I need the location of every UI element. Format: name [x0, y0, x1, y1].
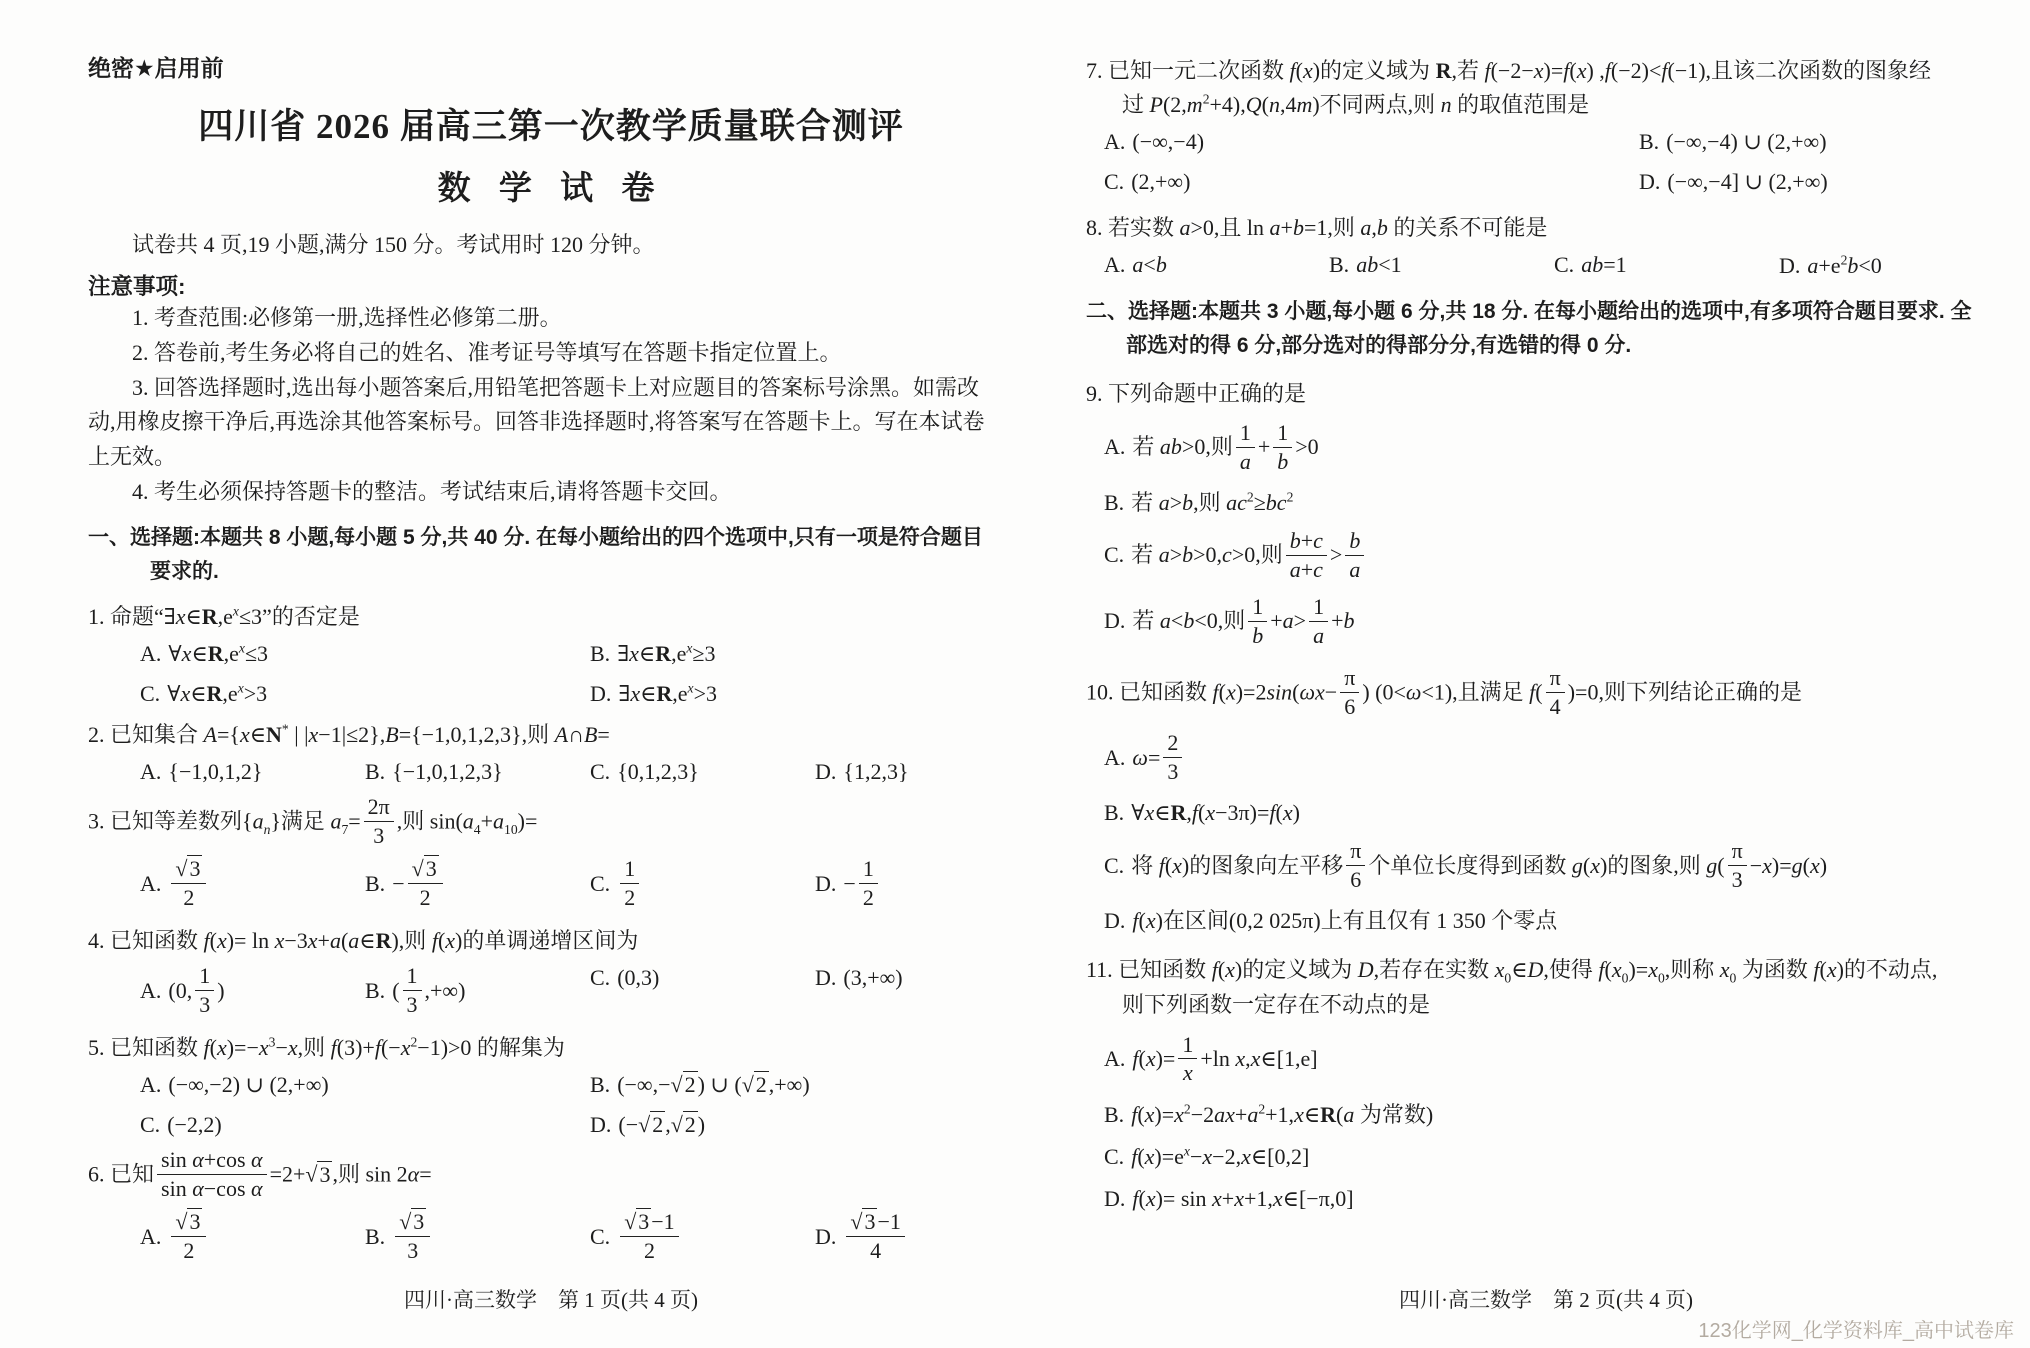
option-label: C.	[1104, 542, 1124, 567]
option-label: C.	[590, 871, 610, 896]
option-text: (−∞,−√2) ∪ (√2,+∞)	[617, 1071, 810, 1097]
option-a: A.(−∞,−2) ∪ (2,+∞)	[140, 1072, 590, 1098]
option-text: (0,13)	[168, 978, 224, 1003]
option-d: D.f(x)在区间(0,2 025π)上有且仅有 1 350 个零点	[1086, 906, 2006, 937]
option-label: C.	[140, 681, 160, 706]
option-text: (−√2,√2)	[618, 1111, 705, 1137]
option-text: (2,+∞)	[1131, 169, 1190, 194]
question-8: 8. 若实数 a>0,且 ln a+b=1,则 a,b 的关系不可能是 A.a<…	[1086, 211, 2006, 278]
secrecy-label: 绝密★启用前	[88, 50, 1014, 83]
option-label: B.	[1104, 800, 1124, 825]
option-label: C.	[1104, 853, 1124, 878]
option-b: B.f(x)=x2−2ax+a2+1,x∈R(a 为常数)	[1086, 1099, 2006, 1130]
option-text: {0,1,2,3}	[617, 759, 699, 784]
option-d: D.f(x)= sin x+x+1,x∈[−π,0]	[1086, 1184, 2006, 1215]
option-text: f(x)在区间(0,2 025π)上有且仅有 1 350 个零点	[1132, 908, 1557, 933]
option-b: B.(−∞,−√2) ∪ (√2,+∞)	[590, 1072, 1014, 1098]
option-label: B.	[365, 1224, 385, 1249]
option-label: C.	[590, 759, 610, 784]
page-2-column: 7. 已知一元二次函数 f(x)的定义域为 R,若 f(−2−x)=f(x) ,…	[1086, 50, 2006, 1214]
option-c: C.√3−12	[590, 1211, 815, 1266]
option-label: A.	[140, 641, 161, 666]
option-label: B.	[365, 978, 385, 1003]
option-a: A.a<b	[1104, 252, 1329, 278]
note-item-3-line-3: 上无效。	[88, 440, 1014, 475]
option-label: B.	[365, 871, 385, 896]
option-c: C.∀x∈R,ex>3	[140, 681, 590, 707]
option-text: ∃x∈R,ex>3	[618, 681, 717, 706]
option-a: A.(−∞,−4)	[1104, 129, 1639, 155]
option-a: A.f(x)=1x+ln x,x∈[1,e]	[1086, 1034, 2006, 1089]
option-text: (−∞,−4] ∪ (2,+∞)	[1667, 169, 1827, 194]
option-label: D.	[815, 871, 836, 896]
option-label: C.	[140, 1112, 160, 1137]
option-text: ab<1	[1356, 252, 1401, 277]
option-a: A.(0,13)	[140, 965, 365, 1020]
question-stem-line-1: 7. 已知一元二次函数 f(x)的定义域为 R,若 f(−2−x)=f(x) ,…	[1086, 54, 2006, 88]
question-7: 7. 已知一元二次函数 f(x)的定义域为 R,若 f(−2−x)=f(x) ,…	[1086, 54, 2006, 195]
option-c: C.12	[590, 858, 815, 913]
option-c: C.{0,1,2,3}	[590, 759, 815, 785]
option-a: A.若 ab>0,则1a+1b>0	[1086, 422, 2006, 477]
option-b: B.(−∞,−4) ∪ (2,+∞)	[1639, 129, 2006, 155]
section-1-heading-line-2: 要求的.	[88, 555, 1014, 589]
question-stem: 3. 已知等差数列{an}满足 a7=2π3,则 sin(a4+a10)=	[88, 796, 1014, 851]
question-stem: 9. 下列命题中正确的是	[1086, 377, 2006, 411]
option-b: B.∃x∈R,ex≥3	[590, 641, 1014, 667]
option-label: A.	[140, 1224, 161, 1249]
option-a: A.ω=23	[1086, 732, 2006, 787]
option-text: ab=1	[1581, 252, 1626, 277]
option-d: D.(−√2,√2)	[590, 1112, 1014, 1138]
option-label: B.	[1104, 490, 1124, 515]
option-label: A.	[140, 871, 161, 896]
option-d: D.(3,+∞)	[815, 965, 1040, 1020]
option-label: D.	[1104, 908, 1125, 933]
option-d: D.√3−14	[815, 1211, 1040, 1266]
options: A.(−∞,−4) B.(−∞,−4) ∪ (2,+∞) C.(2,+∞) D.…	[1086, 129, 2006, 195]
option-text: (−∞,−2) ∪ (2,+∞)	[168, 1072, 328, 1097]
option-c: C.f(x)=ex−x−2,x∈[0,2]	[1086, 1142, 2006, 1173]
option-b: B.(13,+∞)	[365, 965, 590, 1020]
exam-info-line: 试卷共 4 页,19 小题,满分 150 分。考试用时 120 分钟。	[88, 228, 1014, 259]
option-text: (13,+∞)	[392, 978, 465, 1003]
option-text: −12	[843, 871, 880, 896]
question-2: 2. 已知集合 A={x∈N* | |x−1|≤2},B={−1,0,1,2,3…	[88, 718, 1014, 785]
option-a: A.∀x∈R,ex≤3	[140, 641, 590, 667]
option-text: √3−12	[617, 1224, 682, 1249]
option-text: {−1,0,1,2}	[168, 759, 262, 784]
option-text: 将 f(x)的图象向左平移π6个单位长度得到函数 g(x)的图象,则 g(π3−…	[1131, 853, 1827, 878]
option-label: B.	[1329, 252, 1349, 277]
option-label: D.	[590, 681, 611, 706]
question-10: 10. 已知函数 f(x)=2sin(ωx−π6) (0<ω<1),且满足 f(…	[1086, 667, 2006, 937]
option-text: a<b	[1132, 252, 1166, 277]
options: A.(0,13) B.(13,+∞) C.(0,3) D.(3,+∞)	[88, 965, 1014, 1020]
option-label: A.	[1104, 252, 1125, 277]
option-label: A.	[140, 1072, 161, 1097]
option-d: D.{1,2,3}	[815, 759, 1040, 785]
option-label: C.	[590, 1224, 610, 1249]
option-b: B.√33	[365, 1211, 590, 1266]
option-text: (0,3)	[617, 965, 659, 990]
option-a: A.√32	[140, 1211, 365, 1266]
question-1: 1. 命题“∃x∈R,ex≤3”的否定是 A.∀x∈R,ex≤3 B.∃x∈R,…	[88, 600, 1014, 708]
option-text: 若 a>b,则 ac2≥bc2	[1131, 490, 1293, 515]
note-item-1: 1. 考查范围:必修第一册,选择性必修第二册。	[88, 301, 1014, 336]
option-a: A.√32	[140, 858, 365, 913]
question-6: 6. 已知sin α+cos αsin α−cos α=2+√3,则 sin 2…	[88, 1149, 1014, 1266]
question-stem: 5. 已知函数 f(x)=−x3−x,则 f(3)+f(−x2−1)>0 的解集…	[88, 1031, 1014, 1065]
option-d: D.−12	[815, 858, 1040, 913]
option-text: 12	[617, 871, 642, 896]
option-text: √32	[168, 871, 209, 896]
option-text: ∀x∈R,ex≤3	[168, 641, 268, 666]
option-label: C.	[1104, 1144, 1124, 1169]
exam-paper-page: 绝密★启用前 四川省 2026 届高三第一次教学质量联合测评 数 学 试 卷 试…	[0, 0, 2030, 1348]
option-label: A.	[140, 978, 161, 1003]
question-9: 9. 下列命题中正确的是 A.若 ab>0,则1a+1b>0 B.若 a>b,则…	[1086, 377, 2006, 651]
option-label: C.	[590, 965, 610, 990]
exam-title: 四川省 2026 届高三第一次教学质量联合测评	[88, 99, 1014, 149]
note-item-2: 2. 答卷前,考生务必将自己的姓名、准考证号等填写在答题卡指定位置上。	[88, 336, 1014, 371]
question-3: 3. 已知等差数列{an}满足 a7=2π3,则 sin(a4+a10)= A.…	[88, 796, 1014, 913]
option-text: ∀x∈R,ex>3	[167, 681, 267, 706]
option-label: D.	[590, 1112, 611, 1137]
option-d: D.a+e2b<0	[1779, 252, 2004, 278]
section-2-heading-line-1: 二、选择题:本题共 3 小题,每小题 6 分,共 18 分. 在每小题给出的选项…	[1086, 295, 2006, 329]
option-text: 若 a<b<0,则1b+a>1a+b	[1132, 608, 1354, 633]
exam-subtitle: 数 学 试 卷	[88, 162, 1014, 209]
option-label: A.	[1104, 434, 1125, 459]
option-label: D.	[815, 759, 836, 784]
question-11: 11. 已知函数 f(x)的定义域为 D,若存在实数 x0∈D,使得 f(x0)…	[1086, 953, 2006, 1215]
option-label: B.	[365, 759, 385, 784]
notes-heading: 注意事项:	[88, 269, 1014, 301]
option-text: f(x)=x2−2ax+a2+1,x∈R(a 为常数)	[1131, 1102, 1433, 1127]
option-label: A.	[1104, 745, 1125, 770]
page-1-column: 绝密★启用前 四川省 2026 届高三第一次教学质量联合测评 数 学 试 卷 试…	[88, 50, 1014, 1266]
page-1-footer: 四川·高三数学 第 1 页(共 4 页)	[88, 1284, 1014, 1314]
note-item-4: 4. 考生必须保持答题卡的整洁。考试结束后,请将答题卡交回。	[88, 475, 1014, 510]
question-stem: 6. 已知sin α+cos αsin α−cos α=2+√3,则 sin 2…	[88, 1149, 1014, 1204]
option-label: A.	[1104, 129, 1125, 154]
option-b: B.若 a>b,则 ac2≥bc2	[1086, 488, 2006, 519]
question-5: 5. 已知函数 f(x)=−x3−x,则 f(3)+f(−x2−1)>0 的解集…	[88, 1031, 1014, 1138]
section-2-heading-line-2: 部选对的得 6 分,部分选对的得部分分,有选错的得 0 分.	[1086, 329, 2006, 363]
question-stem-line-1: 11. 已知函数 f(x)的定义域为 D,若存在实数 x0∈D,使得 f(x0)…	[1086, 953, 2006, 989]
option-text: −√32	[392, 871, 446, 896]
option-c: C.将 f(x)的图象向左平移π6个单位长度得到函数 g(x)的图象,则 g(π…	[1086, 840, 2006, 895]
question-stem: 8. 若实数 a>0,且 ln a+b=1,则 a,b 的关系不可能是	[1086, 211, 2006, 245]
option-text: {1,2,3}	[843, 759, 908, 784]
question-stem: 10. 已知函数 f(x)=2sin(ωx−π6) (0<ω<1),且满足 f(…	[1086, 667, 2006, 722]
note-item-3-line-2: 动,用橡皮擦干净后,再选涂其他答案标号。回答非选择题时,将答案写在答题卡上。写在…	[88, 405, 1014, 440]
option-b: B.ab<1	[1329, 252, 1554, 278]
option-label: C.	[1104, 169, 1124, 194]
option-label: B.	[1104, 1102, 1124, 1127]
option-label: C.	[1554, 252, 1574, 277]
options: A.√32 B.√33 C.√3−12 D.√3−14	[88, 1211, 1014, 1266]
question-stem-line-2: 则下列函数一定存在不动点的是	[1086, 988, 2006, 1022]
option-c: C.(2,+∞)	[1104, 169, 1639, 195]
question-stem: 4. 已知函数 f(x)= ln x−3x+a(a∈R),则 f(x)的单调递增…	[88, 924, 1014, 958]
option-c: C.ab=1	[1554, 252, 1779, 278]
option-text: 若 a>b>0,c>0,则b+ca+c>ba	[1131, 542, 1367, 567]
option-a: A.{−1,0,1,2}	[140, 759, 365, 785]
option-label: A.	[1104, 1046, 1125, 1071]
option-d: D.∃x∈R,ex>3	[590, 681, 1014, 707]
question-4: 4. 已知函数 f(x)= ln x−3x+a(a∈R),则 f(x)的单调递增…	[88, 924, 1014, 1020]
question-stem: 2. 已知集合 A={x∈N* | |x−1|≤2},B={−1,0,1,2,3…	[88, 718, 1014, 752]
option-label: D.	[815, 1224, 836, 1249]
option-label: B.	[1639, 129, 1659, 154]
option-text: (−∞,−4) ∪ (2,+∞)	[1666, 129, 1826, 154]
options: A.{−1,0,1,2} B.{−1,0,1,2,3} C.{0,1,2,3} …	[88, 759, 1014, 785]
option-label: A.	[140, 759, 161, 784]
section-1-heading: 一、选择题:本题共 8 小题,每小题 5 分,共 40 分. 在每小题给出的四个…	[88, 521, 1014, 589]
option-label: D.	[1639, 169, 1660, 194]
page-2-footer: 四川·高三数学 第 2 页(共 4 页)	[1086, 1284, 2006, 1314]
options: A.∀x∈R,ex≤3 B.∃x∈R,ex≥3 C.∀x∈R,ex>3 D.∃x…	[88, 641, 1014, 708]
note-item-3-line-1: 3. 回答选择题时,选出每小题答案后,用铅笔把答题卡上对应题目的答案标号涂黑。如…	[88, 371, 1014, 406]
option-text: √33	[392, 1224, 433, 1249]
option-text: √32	[168, 1224, 209, 1249]
option-label: D.	[1104, 1186, 1125, 1211]
option-text: {−1,0,1,2,3}	[392, 759, 503, 784]
option-label: B.	[590, 641, 610, 666]
options: A.(−∞,−2) ∪ (2,+∞) B.(−∞,−√2) ∪ (√2,+∞) …	[88, 1072, 1014, 1138]
option-d: D.若 a<b<0,则1b+a>1a+b	[1086, 596, 2006, 651]
option-text: 若 ab>0,则1a+1b>0	[1132, 434, 1318, 459]
options: A.a<b B.ab<1 C.ab=1 D.a+e2b<0	[1086, 252, 2006, 278]
option-text: f(x)=1x+ln x,x∈[1,e]	[1132, 1046, 1317, 1071]
option-label: D.	[1104, 608, 1125, 633]
option-text: ω=23	[1132, 745, 1185, 770]
option-label: B.	[590, 1072, 610, 1097]
option-b: B.−√32	[365, 858, 590, 913]
section-2-heading: 二、选择题:本题共 3 小题,每小题 6 分,共 18 分. 在每小题给出的选项…	[1086, 295, 2006, 363]
option-text: f(x)=ex−x−2,x∈[0,2]	[1131, 1144, 1309, 1169]
option-b: B.{−1,0,1,2,3}	[365, 759, 590, 785]
question-stem: 1. 命题“∃x∈R,ex≤3”的否定是	[88, 600, 1014, 634]
option-label: D.	[1779, 253, 1800, 278]
section-1-heading-line-1: 一、选择题:本题共 8 小题,每小题 5 分,共 40 分. 在每小题给出的四个…	[88, 521, 1014, 555]
option-label: D.	[815, 965, 836, 990]
option-c: C.若 a>b>0,c>0,则b+ca+c>ba	[1086, 530, 2006, 585]
option-text: a+e2b<0	[1807, 253, 1881, 278]
option-d: D.(−∞,−4] ∪ (2,+∞)	[1639, 169, 2006, 195]
option-text: (−∞,−4)	[1132, 129, 1204, 154]
option-text: (3,+∞)	[843, 965, 902, 990]
watermark: 123化学网_化学资料库_高中试卷库	[1698, 1314, 2014, 1343]
option-text: (−2,2)	[167, 1112, 222, 1137]
option-b: B.∀x∈R,f(x−3π)=f(x)	[1086, 798, 2006, 829]
options: A.√32 B.−√32 C.12 D.−12	[88, 858, 1014, 913]
option-text: √3−14	[843, 1224, 908, 1249]
option-text: ∃x∈R,ex≥3	[617, 641, 715, 666]
option-text: f(x)= sin x+x+1,x∈[−π,0]	[1132, 1186, 1353, 1211]
option-c: C.(0,3)	[590, 965, 815, 1020]
question-stem-line-2: 过 P(2,m2+4),Q(n,4m)不同两点,则 n 的取值范围是	[1086, 88, 2006, 122]
option-c: C.(−2,2)	[140, 1112, 590, 1138]
option-text: ∀x∈R,f(x−3π)=f(x)	[1131, 800, 1300, 825]
